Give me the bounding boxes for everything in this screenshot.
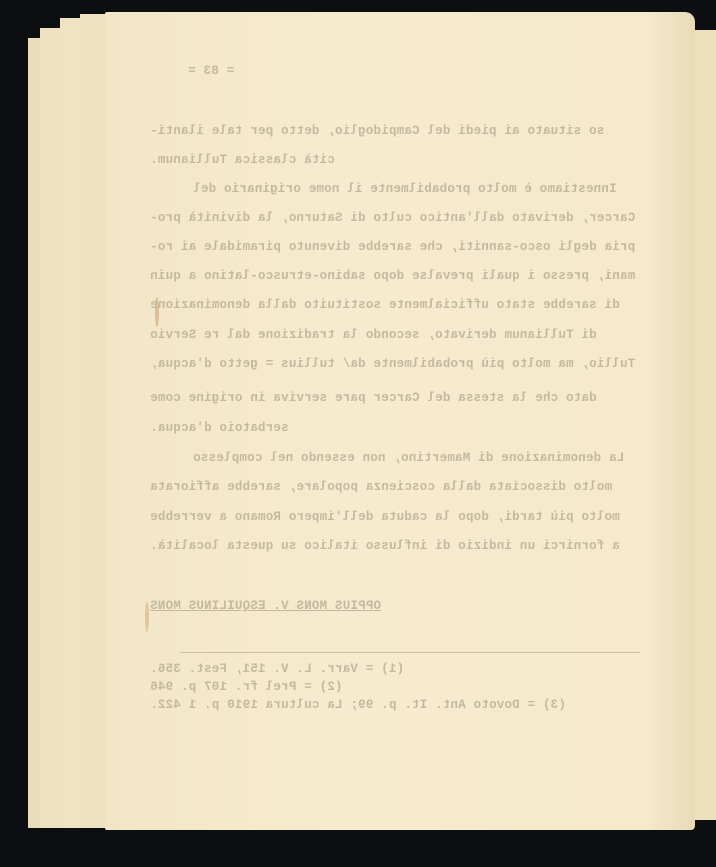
body-line: serbatoio d'acqua.: [150, 421, 289, 435]
section-heading: OPPIUS MONS V. ESQUILINUS MONS: [150, 599, 381, 613]
body-line: mani, presso i quali prevalse dopo sabin…: [150, 269, 635, 283]
facing-page-edge: [692, 30, 716, 820]
footnote: (3) = Dovoto Ant. It. p. 99; La cultura …: [150, 698, 566, 712]
body-line: di sarebbe stato ufficialmente sostituit…: [150, 298, 620, 312]
body-line: Tullio, ma molto più probabilmente da/ t…: [150, 357, 635, 371]
body-line: molto più tardi, dopo la caduta dell'imp…: [150, 510, 620, 524]
body-line: so situato ai piedi del Campidoglio, det…: [150, 124, 604, 138]
footnote: (1) = Varr. L. V. 151, Fest. 356.: [150, 662, 404, 676]
body-line: molto dissociata dalla coscienza popolar…: [150, 480, 612, 494]
body-line: Innestiamo è molto probabilmente il nome…: [193, 182, 617, 196]
footnote: (2) = Prel fr. 107 p. 946: [150, 680, 343, 694]
footnote-rule: [180, 652, 640, 653]
body-line: Carcer, derivato dall'antico culto di Sa…: [150, 211, 635, 225]
body-line: dato che la stessa del Carcer pare servi…: [150, 391, 597, 405]
stain: [145, 602, 149, 632]
body-line: pria degli osco-sanniti, che sarebbe div…: [150, 240, 635, 254]
body-line: La denominazione di Mamertino, non essen…: [193, 451, 624, 465]
body-line: a fornirci un indizio di influsso italic…: [150, 539, 620, 553]
body-line: di Tullianum derivato, secondo la tradiz…: [150, 328, 597, 342]
page-number: = 83 =: [188, 64, 234, 78]
body-line: cità classica Tullianum.: [150, 153, 335, 167]
